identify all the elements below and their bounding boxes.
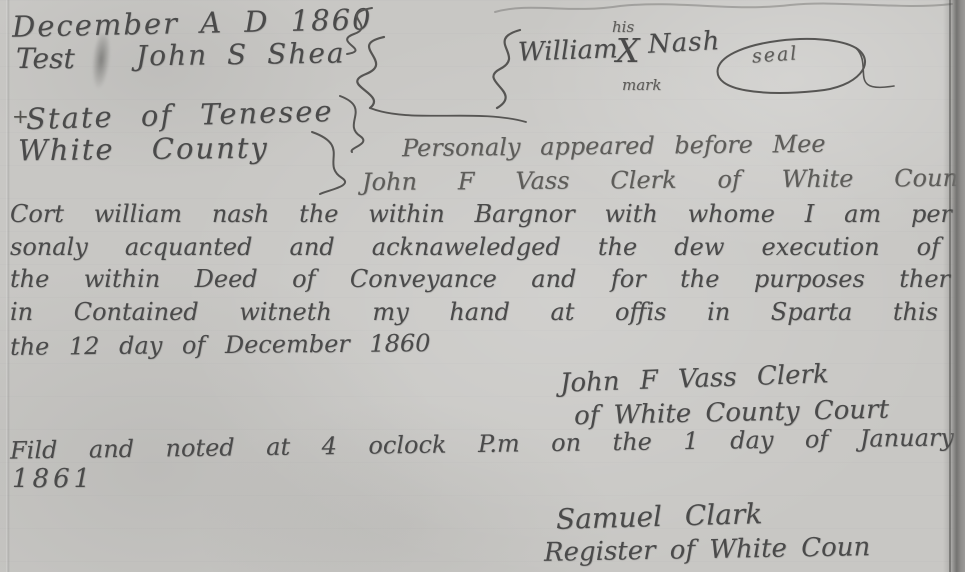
acknowledgment-body-line: the 12 day of December 1860 (10, 331, 431, 360)
clerk-signature-line1: John F Vass Clerk (560, 361, 830, 398)
seal-label: seal (751, 44, 799, 67)
acknowledgment-intro-line1: Personaly appeared before Mee (402, 132, 826, 162)
register-signature-name: Samuel Clark (556, 499, 763, 534)
cutoff-line-fragment-icon (490, 0, 960, 16)
brace-flourish-icon (300, 128, 362, 196)
register-signature-title: Register of White Coun (544, 534, 871, 567)
venue-state-line: State of Tenesee (26, 96, 334, 134)
acknowledgment-body-line: Cort william nash the within Bargnor wit… (10, 202, 952, 227)
test-label: Test (16, 44, 75, 73)
venue-county-line: White County (18, 133, 269, 166)
grantor-mark-x: X (616, 34, 640, 69)
acknowledgment-body-line: the within Deed of Conveyance and for th… (10, 267, 950, 292)
acknowledgment-body-line: in Contained witneth my hand at offis in… (10, 300, 938, 325)
acknowledgment-intro-line2: John F Vass Clerk of White Coun (362, 166, 958, 195)
grantor-first-name: William (518, 36, 619, 67)
witness-signature: John S Shea (136, 39, 346, 71)
seal-oval-flourish-icon (706, 28, 906, 100)
scanned-deed-page: December A D 1860 Test John S Shea Willi… (0, 0, 965, 572)
mark-label: mark (622, 78, 661, 94)
page-edge-line (949, 0, 951, 572)
filing-note-line1: Fild and noted at 4 oclock P.m on the 1 … (10, 425, 954, 463)
filing-note-year: 1861 (12, 466, 94, 493)
acknowledgment-body-line: sonaly acquanted and acknaweledged the d… (10, 235, 940, 260)
page-edge-shadow (943, 0, 965, 572)
